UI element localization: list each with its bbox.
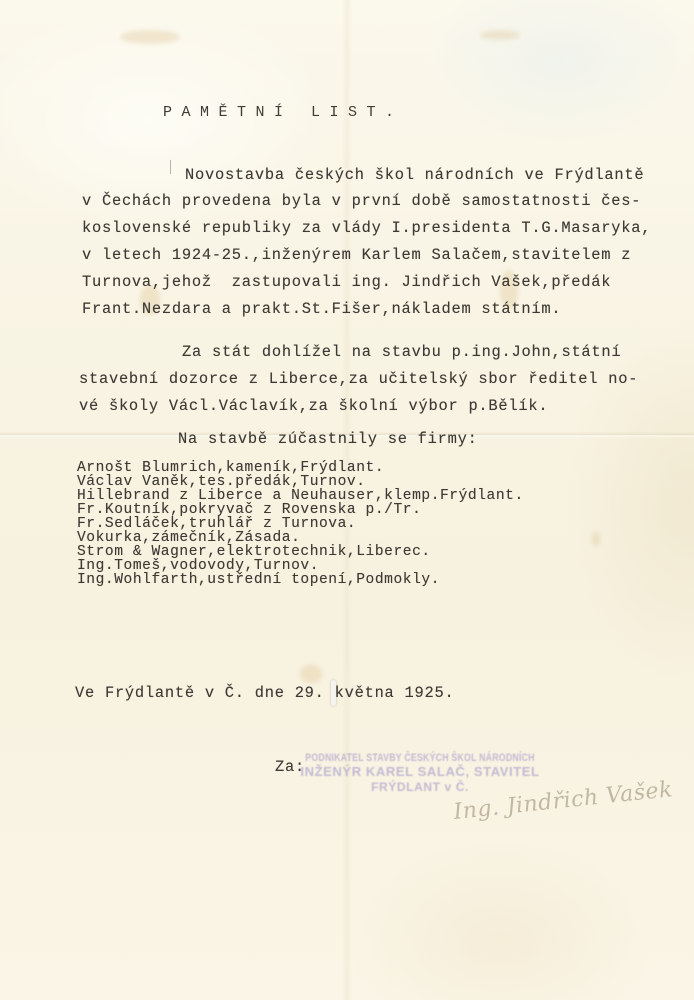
firm-list-item: Václav Vaněk,tes.předák,Turnov.: [77, 475, 366, 489]
firm-list-item: Hillebrand z Liberce a Neuhauser,klemp.F…: [77, 489, 524, 503]
stamp-line-1: PODNIKATEL STAVBY ČESKÝCH ŠKOL NÁRODNÍCH: [300, 751, 540, 764]
firm-list-item: Ing.Tomeš,vodovody,Turnov.: [77, 559, 319, 573]
paragraph-2-line: Za stát dohlížel na stavbu p.ing.John,st…: [182, 343, 621, 361]
firm-list-item: Arnošt Blumrich,kameník,Frýdlant.: [77, 461, 384, 475]
firms-heading: Na stavbě zúčastnily se firmy:: [178, 430, 478, 448]
paper-stain: [480, 30, 520, 40]
stamp-line-2: INŽENÝR KAREL SALAČ, STAVITEL: [300, 764, 540, 779]
place-and-date: Ve Frýdlantě v Č. dne 29. května 1925.: [75, 684, 454, 702]
paragraph-1-line: v Čechách provedena byla v první době sa…: [82, 192, 641, 210]
firm-list-item: Fr.Sedláček,truhlář z Turnova.: [77, 517, 356, 531]
paragraph-1-line: Novostavba českých škol národních ve Frý…: [185, 166, 644, 184]
paragraph-1-line: Turnova,jehož zastupovali ing. Jindřich …: [82, 273, 611, 291]
paper-stain: [120, 30, 180, 44]
paper-stain: [300, 665, 322, 683]
paragraph-1-line: v letech 1924-25.,inženýrem Karlem Salač…: [82, 246, 631, 264]
paragraph-2-line: vé školy Václ.Václavík,za školní výbor p…: [79, 397, 548, 415]
paragraph-1-line: Frant.Nezdara a prakt.St.Fišer,nákladem …: [82, 300, 561, 318]
stamp-line-3: FRÝDLANT v Č.: [300, 780, 540, 794]
firm-list-item: Fr.Koutník,pokryvač z Rovenska p./Tr.: [77, 503, 421, 517]
paragraph-1-line: koslovenské republiky za vlády I.preside…: [82, 219, 651, 237]
paragraph-2-line: stavební dozorce z Liberce,za učitelský …: [79, 370, 638, 388]
document-title: PAMĚTNÍ LIST.: [163, 104, 404, 121]
firm-list-item: Ing.Wohlfarth,ustřední topení,Podmokly.: [77, 573, 440, 587]
pencil-mark: [170, 160, 171, 174]
paper-stain: [592, 532, 600, 546]
firm-list-item: Vokurka,zámečník,Zásada.: [77, 531, 300, 545]
document-page: PAMĚTNÍ LIST. Novostavba českých škol ná…: [0, 0, 694, 1000]
firm-list-item: Strom & Wagner,elektrotechnik,Liberec.: [77, 545, 431, 559]
company-stamp: PODNIKATEL STAVBY ČESKÝCH ŠKOL NÁRODNÍCH…: [300, 752, 540, 794]
